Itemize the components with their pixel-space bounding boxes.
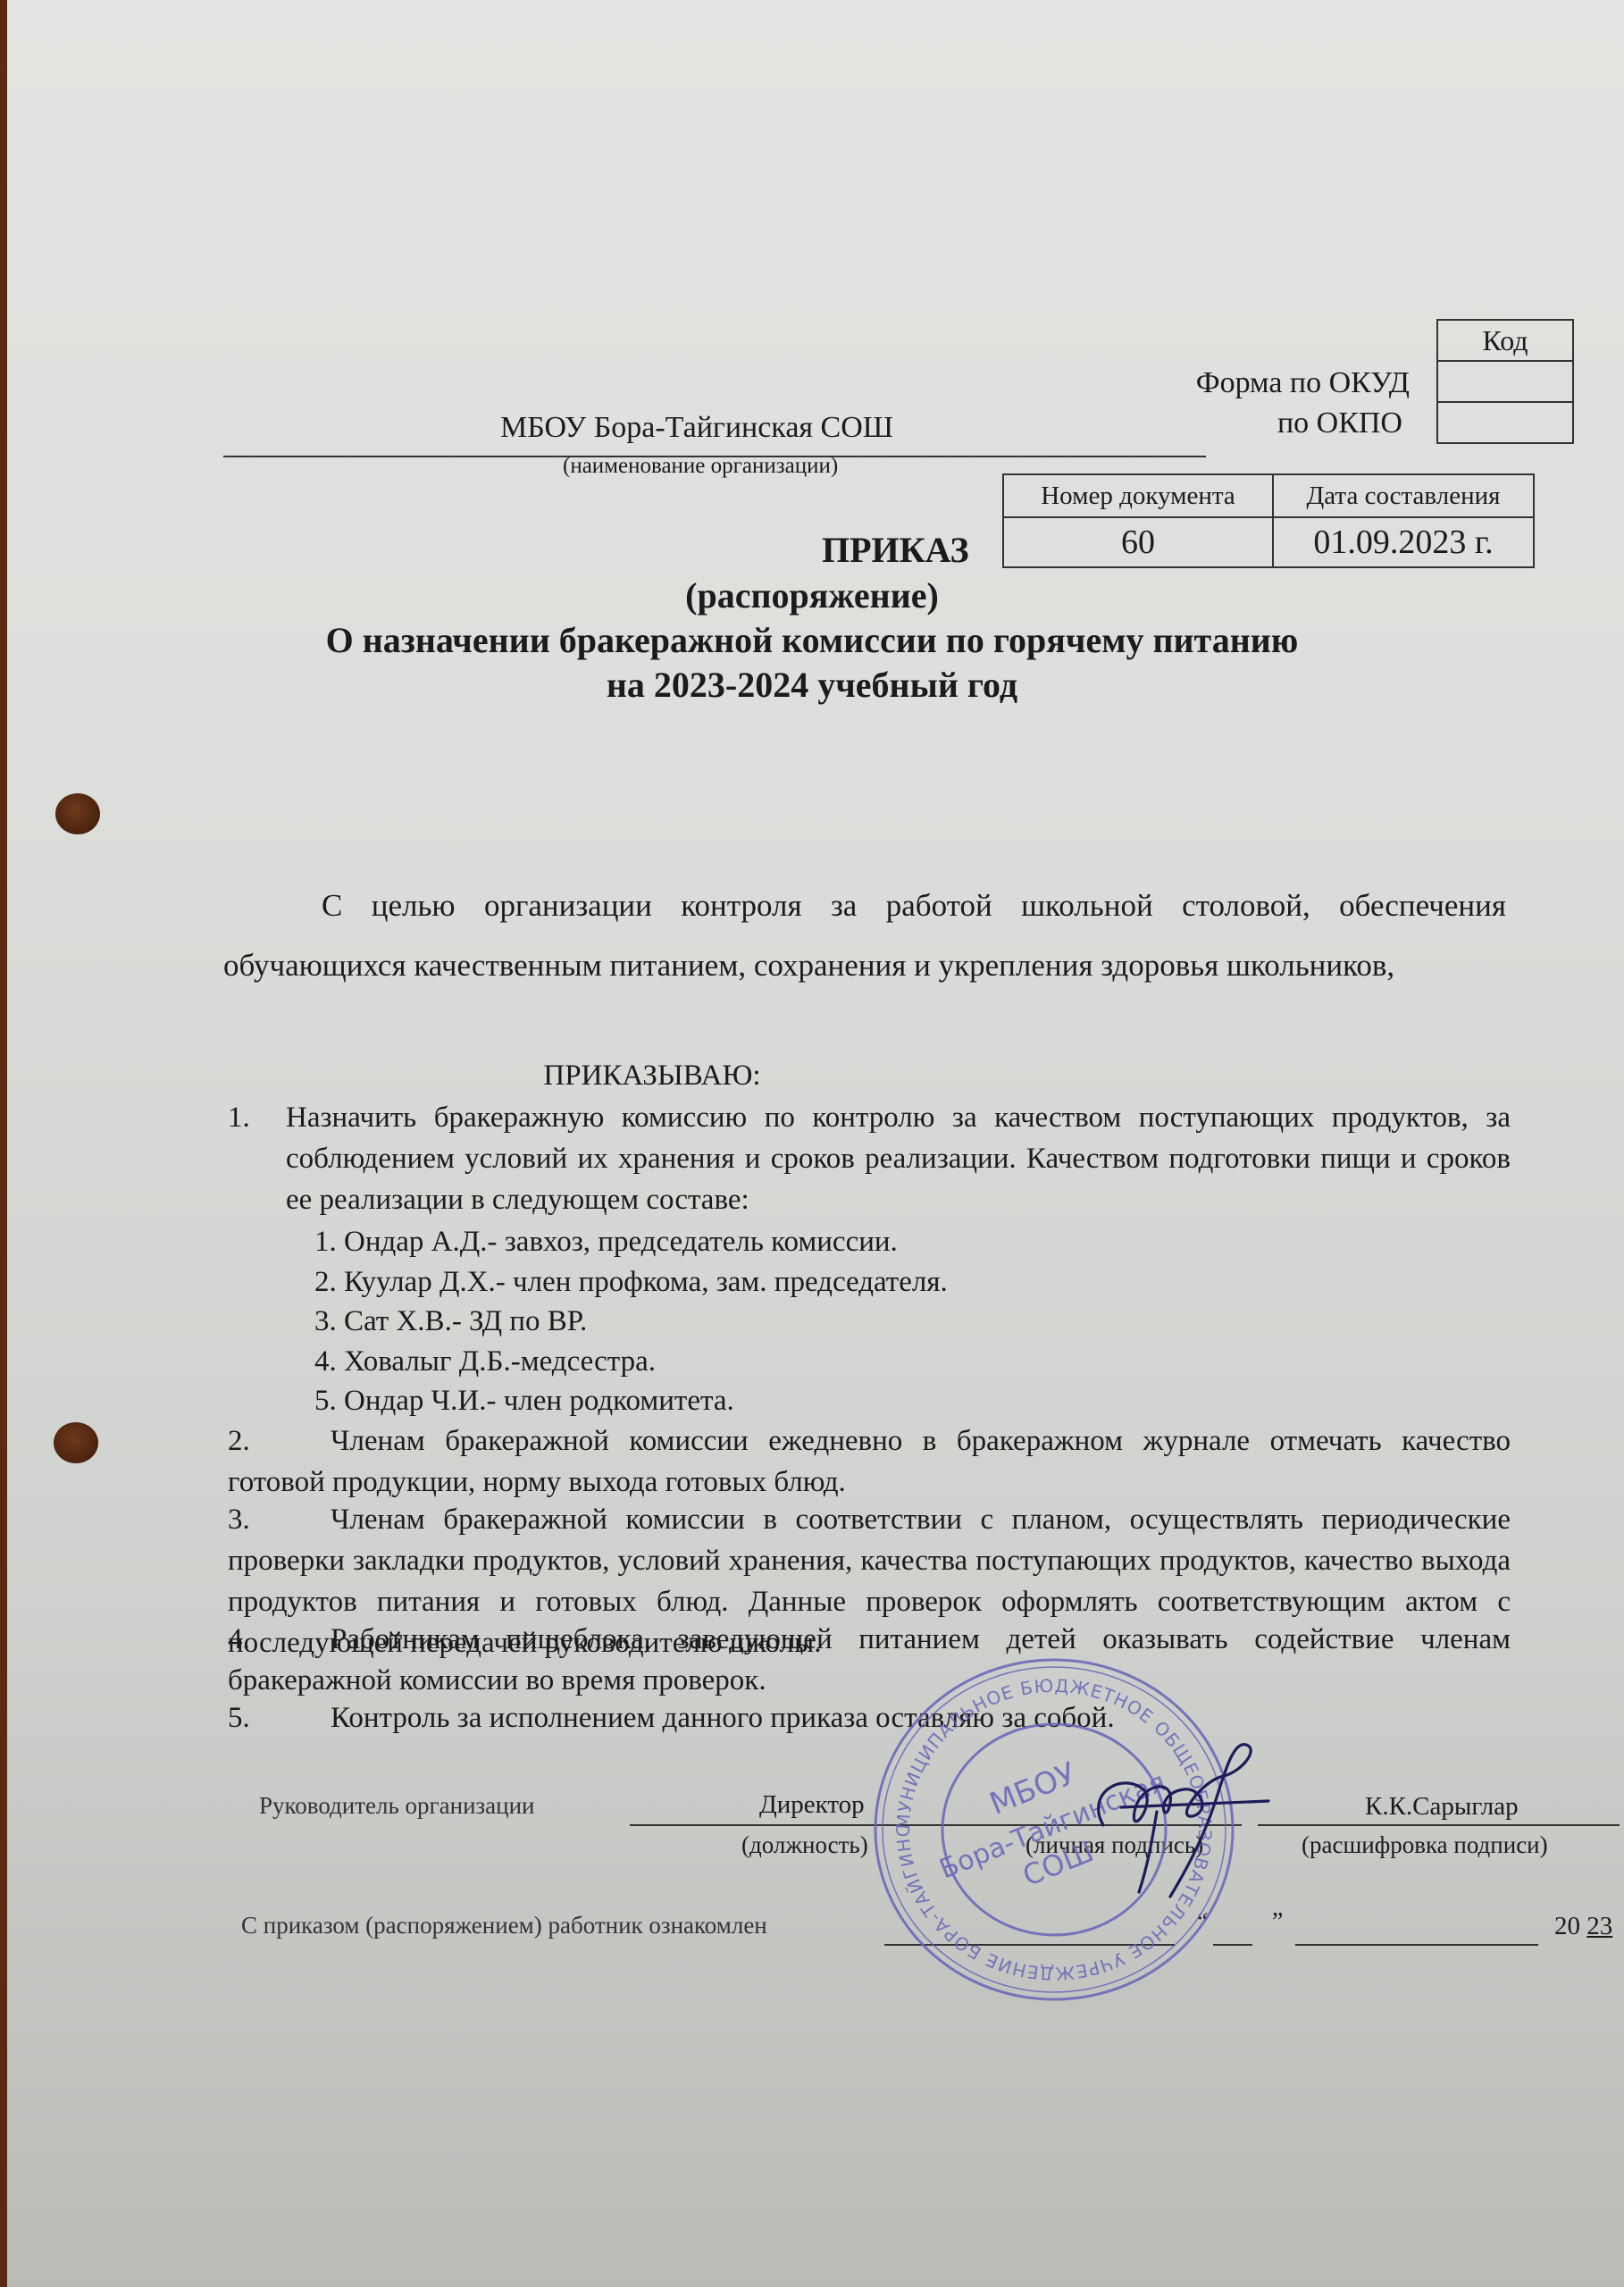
item-text: Назначить бракеражную комиссию по контро…	[228, 1097, 1511, 1220]
caption-name: (расшифровка подписи)	[1302, 1831, 1548, 1859]
handwritten-signature-icon	[1067, 1740, 1273, 1901]
name-line	[1258, 1824, 1620, 1826]
okud-code-cell	[1437, 361, 1573, 402]
punch-hole-top	[55, 793, 100, 834]
quote-close: ”	[1272, 1908, 1283, 1937]
doc-date-value: 01.09.2023 г.	[1273, 517, 1534, 567]
directive-heading: ПРИКАЗЫВАЮ:	[0, 1060, 1304, 1093]
okpo-code-cell	[1437, 402, 1573, 443]
year-prefix: 20	[1554, 1912, 1580, 1940]
intro-paragraph: С целью организации контроля за работой …	[223, 875, 1506, 995]
document-info-table: Номер документа Дата составления 60 01.0…	[1002, 473, 1535, 568]
desk-edge	[0, 0, 7, 2287]
order-item-2: 2. Членам бракеражной комиссии ежедневно…	[228, 1420, 1511, 1503]
signer-name: К.К.Сарыглар	[1365, 1792, 1519, 1822]
month-line	[1295, 1944, 1538, 1946]
document-type-title: ПРИКАЗ	[822, 529, 969, 571]
member-item: 4. Ховалыг Д.Б.-медсестра.	[314, 1342, 948, 1382]
item-number: 2.	[228, 1420, 250, 1462]
document-subtype: (распоряжение)	[0, 574, 1624, 616]
document-subject-line2: на 2023-2024 учебный год	[0, 664, 1624, 706]
code-table: Код	[1436, 319, 1574, 444]
code-header: Код	[1437, 320, 1573, 361]
item-text: Членам бракеражной комиссии ежедневно в …	[228, 1420, 1511, 1503]
head-of-organization-label: Руководитель организации	[259, 1792, 535, 1820]
acknowledgement-year: 20 23	[1554, 1912, 1612, 1941]
member-item: 5. Ондар Ч.И.- член родкомитета.	[314, 1381, 948, 1421]
item-number: 4.	[228, 1619, 250, 1660]
okpo-label: по ОКПО	[1168, 406, 1402, 440]
member-item: 1. Ондар А.Д.- завхоз, председатель коми…	[314, 1222, 948, 1262]
doc-date-header: Дата составления	[1273, 474, 1534, 517]
signer-position: Директор	[759, 1790, 865, 1820]
item-number: 3.	[228, 1499, 250, 1540]
member-item: 2. Куулар Д.Х.- член профкома, зам. пред…	[314, 1262, 948, 1303]
doc-number-header: Номер документа	[1003, 474, 1273, 517]
document-subject-line1: О назначении бракеражной комиссии по гор…	[0, 619, 1624, 661]
commission-members-list: 1. Ондар А.Д.- завхоз, председатель коми…	[314, 1222, 948, 1421]
order-item-1: 1. Назначить бракеражную комиссию по кон…	[228, 1097, 1511, 1220]
doc-number-value: 60	[1003, 517, 1273, 567]
punch-hole-bottom	[54, 1422, 98, 1463]
okud-label: Форма по ОКУД	[1168, 366, 1410, 400]
item-number: 1.	[228, 1097, 250, 1138]
year-suffix: 23	[1586, 1912, 1612, 1940]
organization-name: МБОУ Бора-Тайгинская СОШ	[500, 411, 893, 445]
organization-caption: (наименование организации)	[563, 454, 838, 479]
acknowledgement-label: С приказом (распоряжением) работник озна…	[241, 1912, 767, 1939]
item-number: 5.	[228, 1697, 250, 1738]
caption-position: (должность)	[741, 1831, 868, 1859]
member-item: 3. Сат Х.В.- ЗД по ВР.	[314, 1302, 948, 1342]
